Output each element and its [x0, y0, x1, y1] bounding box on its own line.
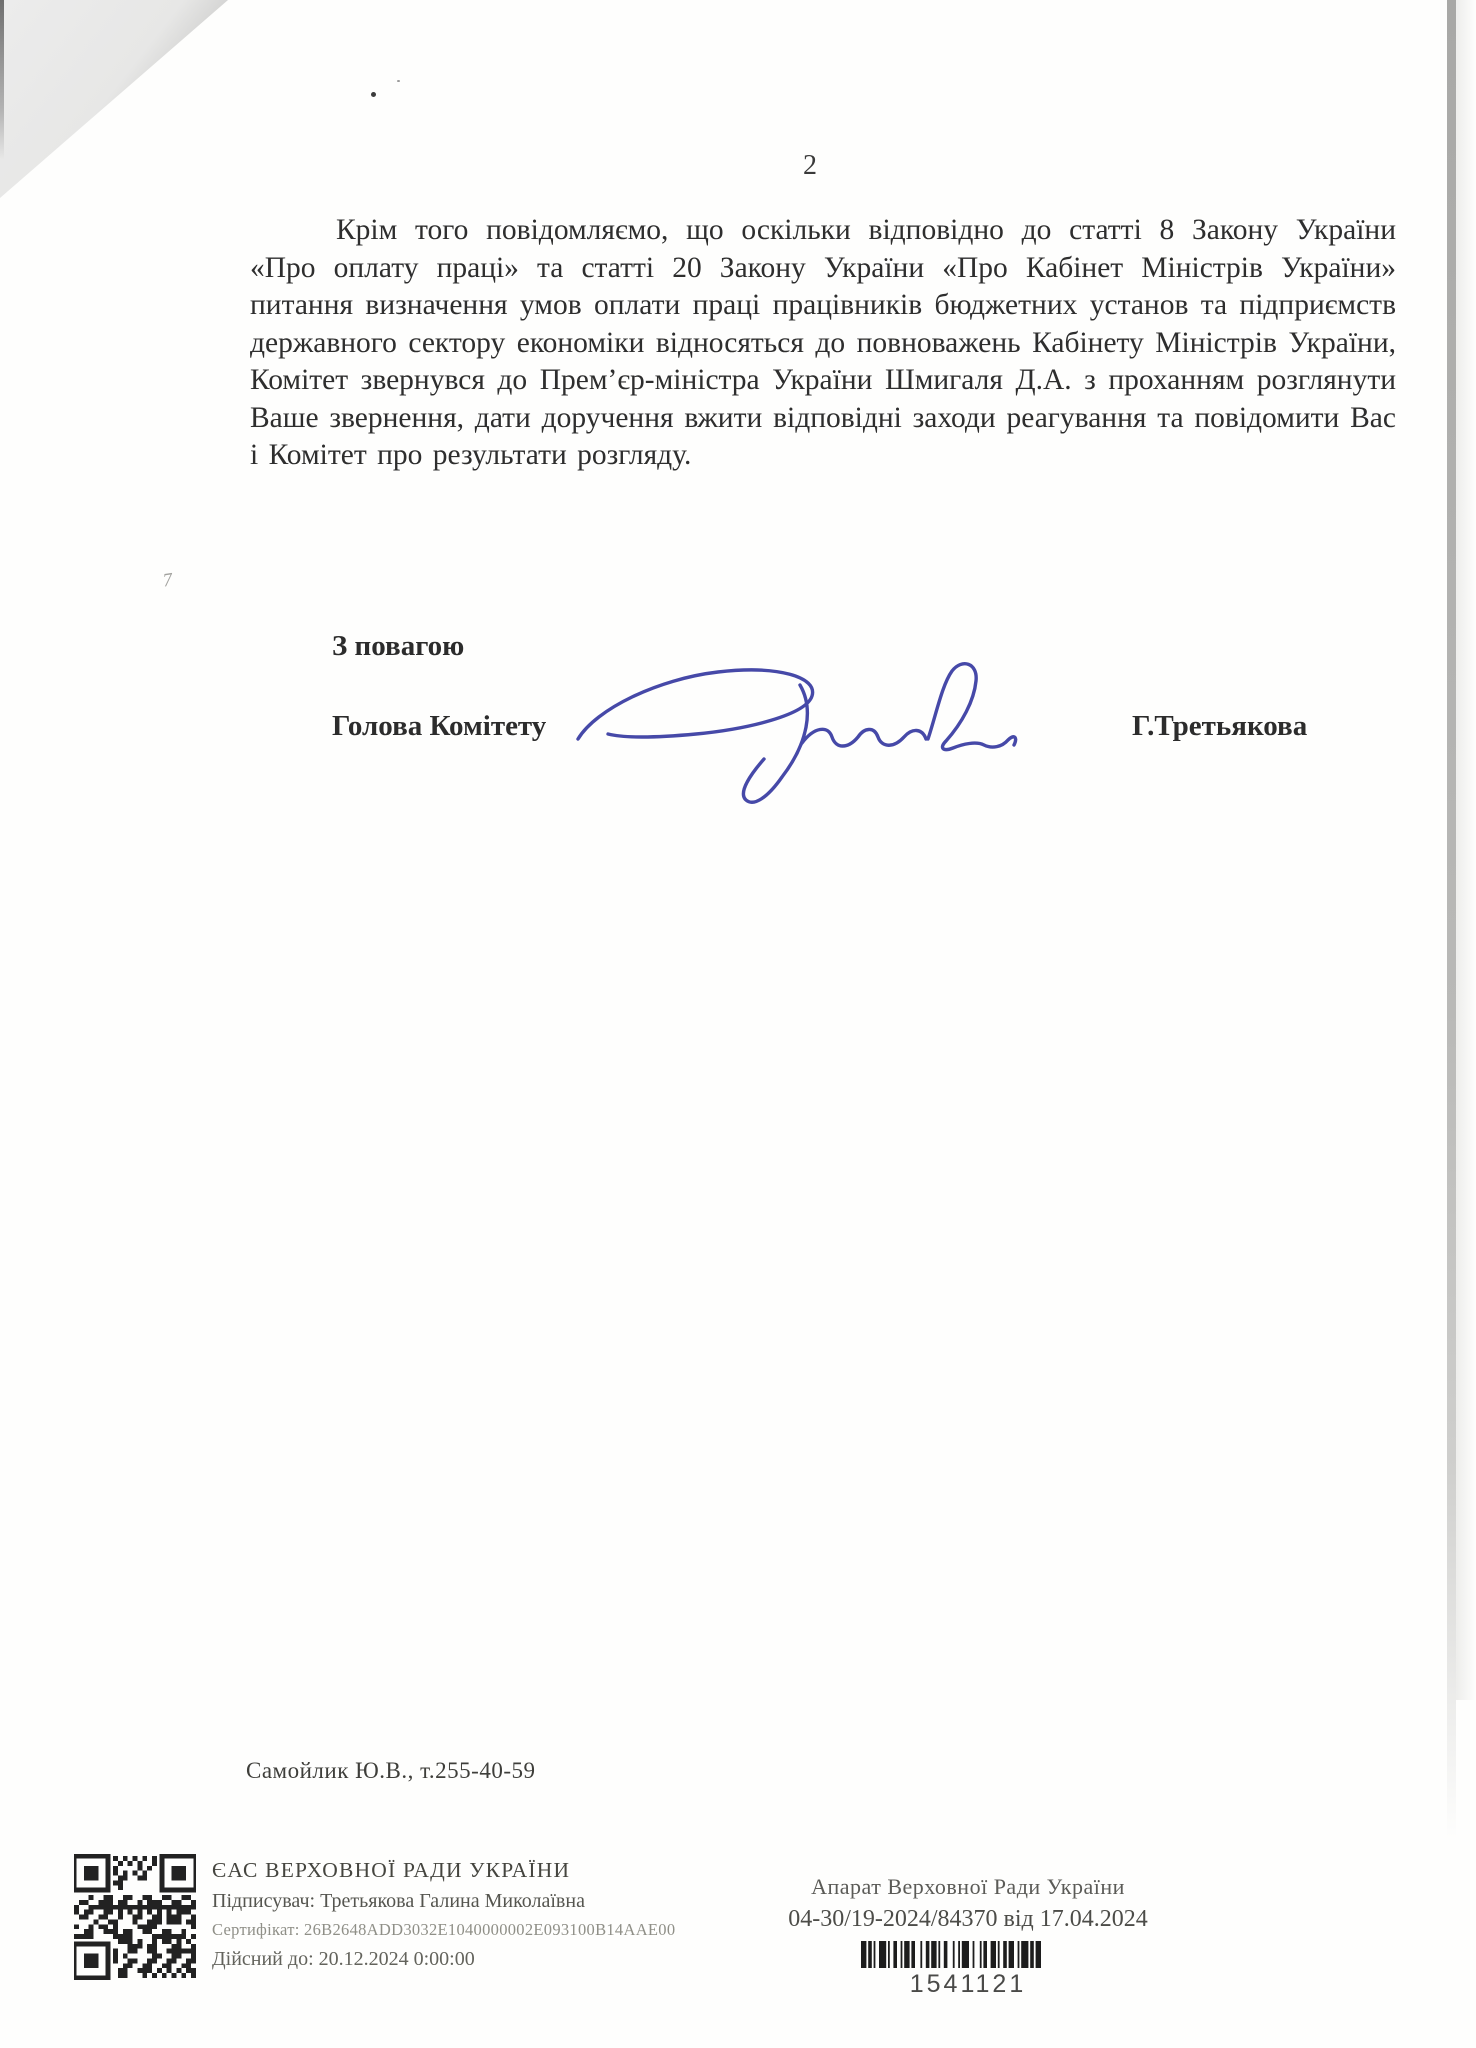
scanned-letter-page: 2 Крім того повідомляємо, що оскільки ві…: [0, 0, 1476, 2048]
digital-signature-stamp: ЄАС ВЕРХОВНОЇ РАДИ УКРАЇНИ Підписувач: Т…: [212, 1858, 682, 1971]
registration-stamp: Апарат Верховної Ради України 04-30/19-2…: [788, 1874, 1148, 1999]
handwritten-mark: 7: [162, 569, 174, 592]
stamp-certificate: Сертифікат: 26B2648ADD3032E1040000002E09…: [212, 1920, 682, 1940]
scan-fold-corner: [0, 0, 228, 198]
signer-name: Г.Третьякова: [1132, 710, 1307, 743]
ink-speck: [371, 92, 376, 97]
scan-right-shadow: [1447, 0, 1456, 1840]
page-number: 2: [760, 150, 860, 182]
registration-number: 04-30/19-2024/84370 від 17.04.2024: [788, 1906, 1148, 1933]
ink-speck-faint: [397, 80, 400, 82]
scan-edge-line: [0, 0, 4, 160]
executor-contact: Самойлик Ю.В., т.255-40-59: [246, 1758, 536, 1784]
signer-title: Голова Комітету: [332, 710, 546, 743]
letter-paragraph: Крім того повідомляємо, що оскільки відп…: [250, 212, 1396, 475]
barcode: [861, 1941, 1075, 1968]
handwritten-signature: [562, 655, 1042, 830]
stamp-valid-until: Дійсний до: 20.12.2024 0:00:00: [212, 1948, 682, 1971]
qr-code: [74, 1854, 196, 1980]
stamp-signer: Підписувач: Третьякова Галина Миколаївна: [212, 1890, 682, 1913]
closing-salutation: З повагою: [332, 630, 464, 663]
scan-right-shadow-soft: [1456, 0, 1476, 1700]
registration-org: Апарат Верховної Ради України: [788, 1874, 1148, 1900]
stamp-org: ЄАС ВЕРХОВНОЇ РАДИ УКРАЇНИ: [212, 1858, 682, 1883]
barcode-number: 1541121: [788, 1970, 1148, 1999]
